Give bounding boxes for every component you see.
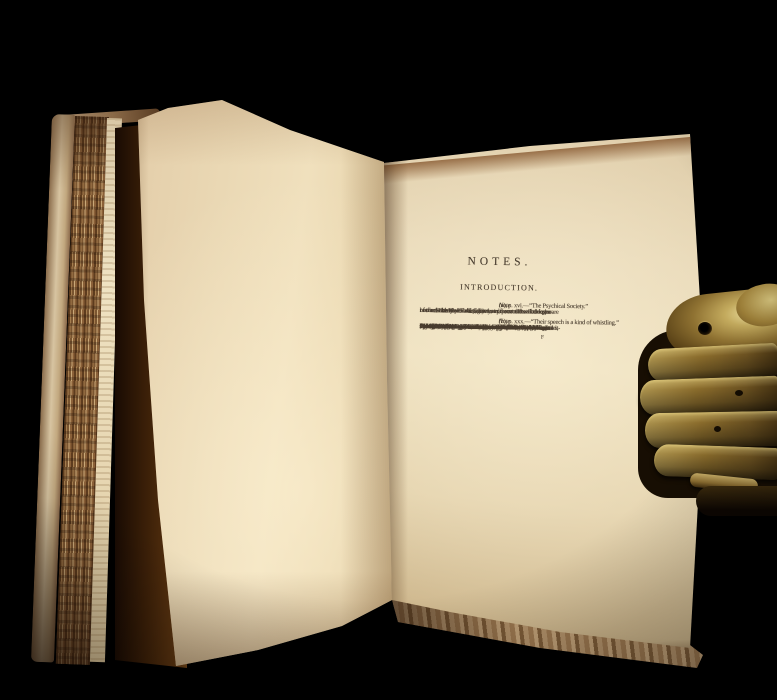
italic-text-segment: Proc. S. P. R., [420,323,453,325]
brass-hand [640,288,777,503]
page-title: NOTES. [420,255,578,269]
note-b-line: Note (b), p. xxx.—“Their speech is a kin… [420,317,578,319]
hand-patina-spot [735,390,743,396]
lifted-page-shading [130,96,400,676]
text-segment: not lack the materials. [420,307,472,309]
note-a-line: Note (a), p. xvi.—“The Psychical Society… [420,301,578,303]
text-segment: (b), p. xxx.—“Their speech is a kind of … [499,318,578,319]
hand-patina-spot [714,426,721,432]
lifted-blank-page [130,96,400,676]
printed-text-block: NOTES. INTRODUCTION. Note (a), p. xvi.—“… [419,255,578,341]
hand-finger-3 [645,411,777,448]
hand-finger-2 [639,376,777,416]
page-top-toning [370,133,730,188]
photo-canvas: NOTES. INTRODUCTION. Note (a), p. xvi.—“… [0,0,777,700]
signature-mark: F [463,334,621,342]
section-heading: INTRODUCTION. [420,282,578,293]
hand-mount-hole [698,322,712,335]
text-segment: (a), p. xvi.—“The Psychical Society.” [499,302,578,303]
hand-wrist-shadow [696,486,777,516]
